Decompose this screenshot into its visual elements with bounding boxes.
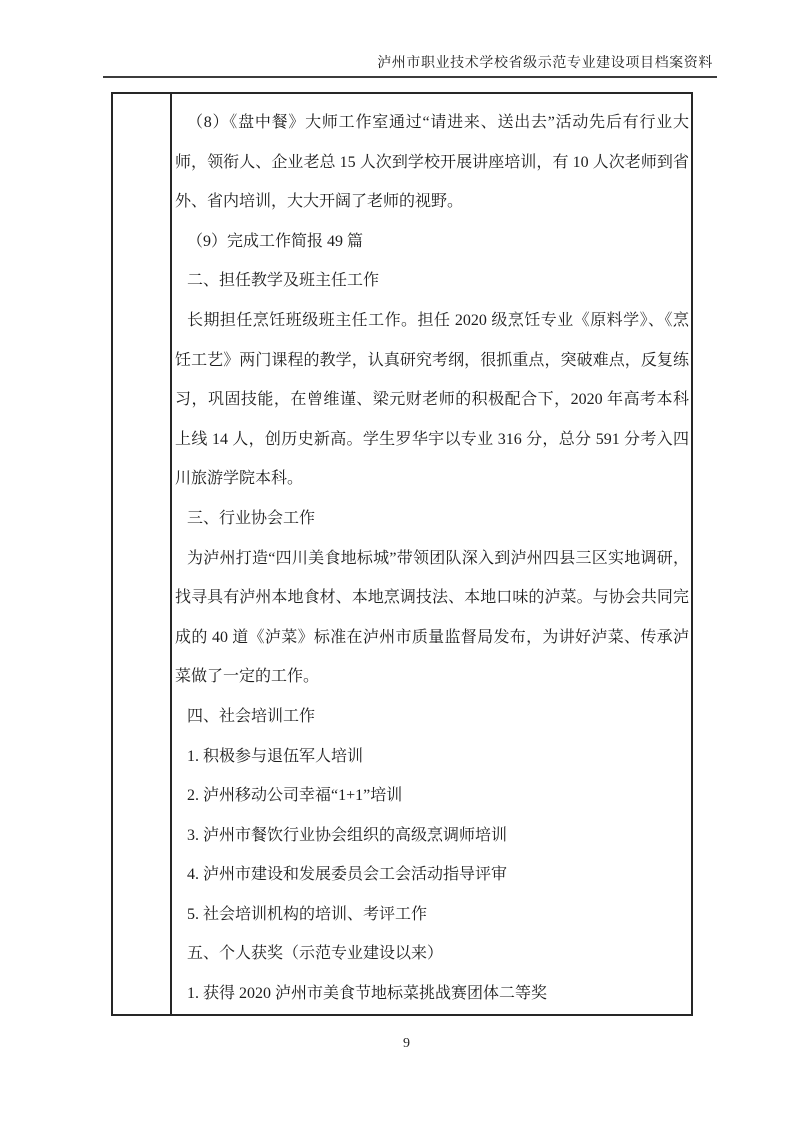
text-line: 饪工艺》两门课程的教学，认真研究考纲，很抓重点，突破难点，反复练 bbox=[175, 341, 689, 381]
text-line: 为泸州打造“四川美食地标城”带领团队深入到泸州四县三区实地调研， bbox=[175, 539, 689, 579]
text-line: 长期担任烹饪班级班主任工作。担任 2020 级烹饪专业《原料学》、《烹 bbox=[175, 301, 689, 341]
text-line: 川旅游学院本科。 bbox=[175, 459, 689, 499]
text-line: （9）完成工作简报 49 篇 bbox=[175, 222, 689, 262]
page-number: 9 bbox=[0, 1036, 793, 1052]
header-rule bbox=[103, 76, 717, 78]
text-line: 5. 社会培训机构的培训、考评工作 bbox=[175, 895, 689, 935]
table-stub-cell bbox=[113, 94, 172, 1014]
text-line: 成的 40 道《泸菜》标准在泸州市质量监督局发布，为讲好泸菜、传承泸 bbox=[175, 618, 689, 658]
text-line: 上线 14 人，创历史新高。学生罗华宇以专业 316 分，总分 591 分考入四 bbox=[175, 420, 689, 460]
document-page: { "header": { "title": "泸州市职业技术学校省级示范专业建… bbox=[0, 0, 793, 1122]
text-line: 五、个人获奖（示范专业建设以来） bbox=[175, 934, 689, 974]
table-content-cell: （8）《盘中餐》大师工作室通过“请进来、送出去”活动先后有行业大 师，领衔人、企… bbox=[172, 94, 691, 1014]
text-line: 菜做了一定的工作。 bbox=[175, 657, 689, 697]
text-line: 4. 泸州市建设和发展委员会工会活动指导评审 bbox=[175, 855, 689, 895]
text-line: 1. 积极参与退伍军人培训 bbox=[175, 737, 689, 777]
text-line: 2. 泸州移动公司幸福“1+1”培训 bbox=[175, 776, 689, 816]
text-line: 3. 泸州市餐饮行业协会组织的高级烹调师培训 bbox=[175, 816, 689, 856]
text-line: 找寻具有泸州本地食材、本地烹调技法、本地口味的泸菜。与协会共同完 bbox=[175, 578, 689, 618]
text-line: （8）《盘中餐》大师工作室通过“请进来、送出去”活动先后有行业大 bbox=[175, 103, 689, 143]
text-line: 1. 获得 2020 泸州市美食节地标菜挑战赛团体二等奖 bbox=[175, 974, 689, 1014]
text-line: 习，巩固技能，在曾维谨、梁元财老师的积极配合下，2020 年高考本科 bbox=[175, 380, 689, 420]
page-header-title: 泸州市职业技术学校省级示范专业建设项目档案资料 bbox=[377, 52, 713, 72]
text-line: 外、省内培训，大大开阔了老师的视野。 bbox=[175, 182, 689, 222]
text-line: 二、担任教学及班主任工作 bbox=[175, 261, 689, 301]
document-table: （8）《盘中餐》大师工作室通过“请进来、送出去”活动先后有行业大 师，领衔人、企… bbox=[111, 92, 693, 1016]
text-line: 师，领衔人、企业老总 15 人次到学校开展讲座培训，有 10 人次老师到省 bbox=[175, 143, 689, 183]
text-line: 四、社会培训工作 bbox=[175, 697, 689, 737]
text-line: 三、行业协会工作 bbox=[175, 499, 689, 539]
